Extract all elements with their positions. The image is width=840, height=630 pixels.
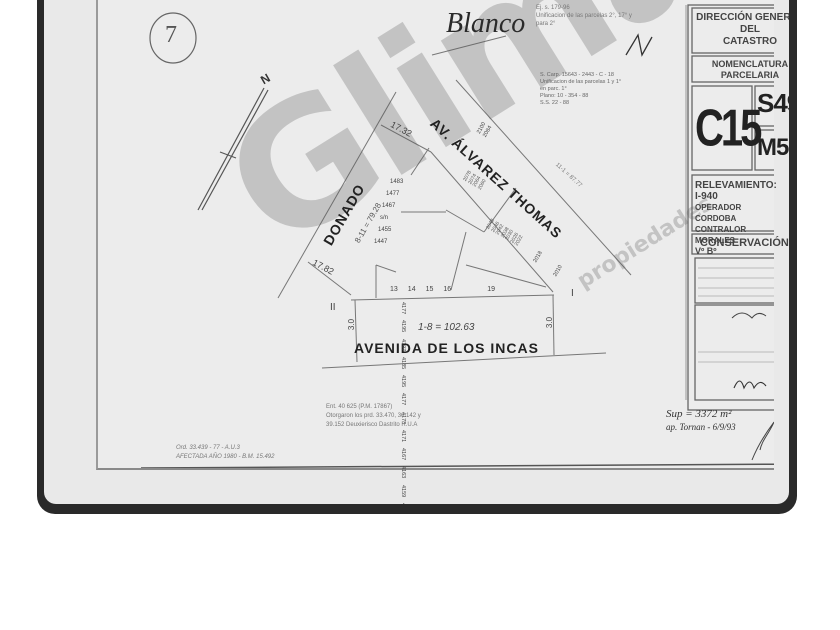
- top-annotation-line: Unificacion de las parcelas 2°, 17° y: [536, 12, 632, 20]
- top-annotation: Ej. s. 179-96 Unificacion de las parcela…: [536, 4, 632, 28]
- operador-line: OPERADOR CORDOBA: [695, 202, 777, 224]
- corner-mark-left: II: [330, 302, 336, 313]
- lot-number: 13: [390, 286, 398, 293]
- agency-line: DIRECCIÓN GENERAL: [692, 12, 789, 24]
- lot-number: 15: [426, 286, 434, 293]
- conservacion-heading: CONSERVACIÓN:: [700, 237, 789, 249]
- house-number: 4195: [360, 320, 406, 332]
- agency-line: CATASTRO: [692, 36, 789, 48]
- bottom-annotation-line: Ent. 40 625 (P.M. 17867): [326, 403, 421, 412]
- house-number: s/n: [380, 212, 403, 224]
- lot-number: 16: [443, 286, 451, 293]
- bottom-left-annotation-line: Ord. 33.439 - 77 - A.U.3: [176, 444, 274, 453]
- agency-name: DIRECCIÓN GENERAL DEL CATASTRO: [692, 12, 789, 48]
- house-number: 4151: [360, 503, 406, 504]
- manzana-code: M59: [757, 134, 789, 162]
- scanned-plan-viewer: Glimat propiedades 7 N Blanco Ej. s. 179…: [44, 0, 789, 504]
- corner-mark-right: I: [571, 288, 574, 299]
- bottom-left-annotation-line: AFECTADA AÑO 1980 - B.M. 15.492: [176, 453, 274, 462]
- surface-area: Sup = 3372 m² ap. Tornan - 6/9/93: [666, 408, 736, 434]
- top-annotation-line: Ej. s. 179-96: [536, 4, 632, 12]
- house-number: 4167: [360, 448, 406, 460]
- nomenclature-line: PARCELARIA: [692, 70, 789, 81]
- house-number: 1483: [390, 176, 403, 188]
- nomenclature-heading: NOMENCLATURA PARCELARIA: [692, 59, 789, 81]
- dimension-incas-left: 3.0: [347, 319, 356, 330]
- incas-lot-numbers: 13 14 15 16 19: [390, 286, 495, 293]
- house-number: 4163: [360, 466, 406, 478]
- side-annotation-line: Unificacion de las parcelas 1 y 1°: [540, 79, 621, 86]
- lot-number: 19: [487, 286, 495, 293]
- surface-signature: ap. Tornan - 6/9/93: [666, 421, 736, 434]
- dimension-incas-length: 1-8 = 102.63: [418, 322, 474, 333]
- seccion-code: S49: [757, 88, 789, 119]
- top-annotation-line: para 2°: [536, 20, 632, 28]
- house-number: 1447: [374, 236, 403, 248]
- side-annotation-line: en parc. 1°: [540, 86, 621, 93]
- house-number: 4177: [360, 302, 406, 314]
- house-number: 1477: [386, 188, 403, 200]
- surface-value: Sup = 3372 m²: [666, 408, 736, 421]
- circunscripcion-code: C15: [695, 100, 759, 159]
- dimension-incas-right: 3.0: [545, 317, 554, 328]
- house-number: 4159: [360, 485, 406, 497]
- house-number: 1455: [378, 224, 403, 236]
- house-number: 4195: [360, 375, 406, 387]
- donado-house-numbers: 1483 1477 1467 s/n 1455 1447: [390, 176, 403, 248]
- house-number: 1467: [382, 200, 403, 212]
- house-number: 4197: [360, 339, 406, 351]
- agency-line: DEL: [692, 24, 789, 36]
- sheet-number: 7: [165, 22, 177, 49]
- house-number: 4171: [360, 430, 406, 442]
- bottom-left-annotation: Ord. 33.439 - 77 - A.U.3 AFECTADA AÑO 19…: [176, 444, 274, 462]
- side-annotation-line: S.S. 22 - 88: [540, 100, 621, 107]
- nomenclature-line: NOMENCLATURA: [692, 59, 789, 70]
- handwritten-title: Blanco: [446, 8, 525, 40]
- bottom-annotation-line: Otorgaron los prd. 33.470, 36.142 y: [326, 412, 421, 421]
- side-annotation-line: Plano: 10 - 354 - 88: [540, 93, 621, 100]
- bottom-annotation-line: 39.152 Deuxierisco Dastrito R.U.A: [326, 421, 421, 430]
- side-annotation-line: S. Carp. 15643 - 2443 - C - 18: [540, 72, 621, 79]
- lot-number: 14: [408, 286, 416, 293]
- bottom-annotation: Ent. 40 625 (P.M. 17867) Otorgaron los p…: [326, 403, 421, 430]
- side-annotation: S. Carp. 15643 - 2443 - C - 18 Unificaci…: [540, 72, 621, 107]
- cadastral-plan-sheet: Glimat propiedades 7 N Blanco Ej. s. 179…: [96, 0, 774, 470]
- house-number: 4185: [360, 357, 406, 369]
- relevamiento-line: RELEVAMIENTO: I-940: [695, 180, 777, 202]
